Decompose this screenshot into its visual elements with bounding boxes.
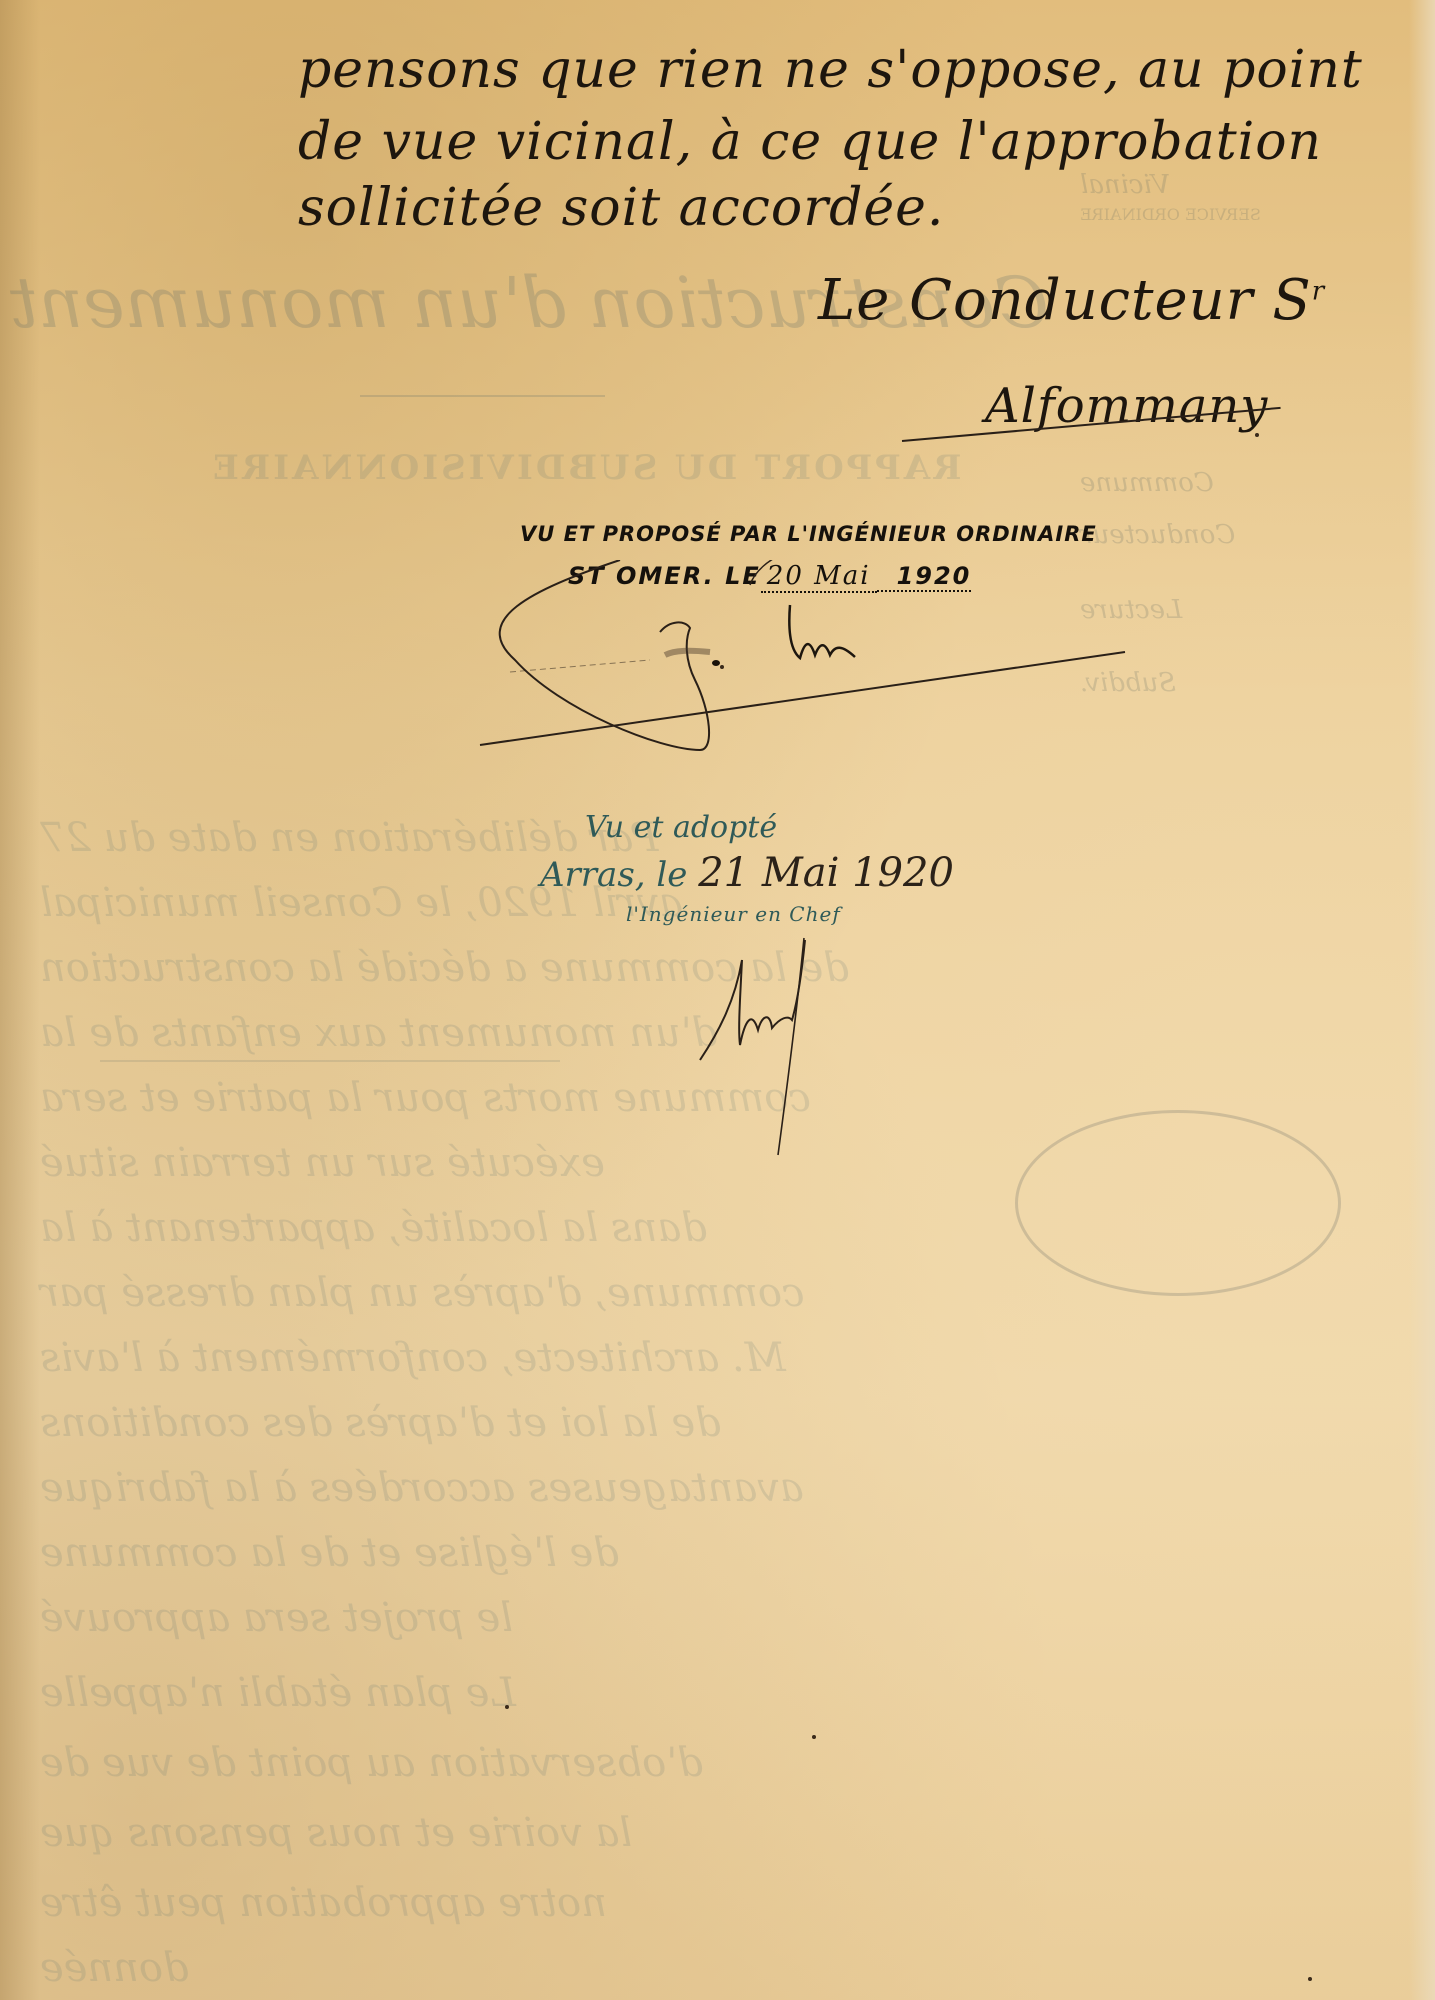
- body-text-line: sollicitée soit accordée.: [298, 178, 944, 238]
- bleed-through-line: notre approbation peut être: [40, 1880, 607, 1926]
- bleed-through-line: Le plan établi n'appelle: [40, 1670, 516, 1716]
- bleed-through-line: la voirie et nous pensons que: [40, 1810, 632, 1856]
- paper-speck: [1308, 1977, 1312, 1981]
- bleed-through-line: de l'église et de la commune: [40, 1530, 619, 1576]
- conductor-title-suffix: r: [1312, 276, 1325, 306]
- faint-oval-stamp: [1015, 1110, 1341, 1296]
- paper-speck: [505, 1705, 509, 1709]
- conductor-signature: Alfommany: [985, 378, 1268, 434]
- document-page: Construction d'un monument RAPPORT DU SU…: [0, 0, 1435, 2000]
- stamp-chef-place-date: Arras, le 21 Mai 1920: [540, 850, 954, 896]
- bleed-through-line: le projet sera approuvé: [40, 1595, 513, 1641]
- conductor-title: Le Conducteur Sr: [818, 268, 1325, 333]
- bleed-through-line: avantageuses accordées à la fabrique: [40, 1465, 804, 1511]
- bleed-through-line: de la loi et d'après des conditions: [40, 1400, 721, 1446]
- bleed-through-side-item: SERVICE ORDINAIRE: [1080, 205, 1261, 224]
- ingenieur-ordinaire-signature: [470, 560, 1150, 790]
- stamp-chef-heading: Vu et adopté: [585, 810, 777, 845]
- paper-speck: [812, 1735, 816, 1739]
- bleed-through-side-item: Commune: [1080, 468, 1214, 498]
- bleed-through-line: commune, d'après un plan dressé par: [40, 1270, 804, 1316]
- ingenieur-chef-signature: [680, 920, 840, 1160]
- bleed-through-line: d'un monument aux enfants de la: [40, 1010, 717, 1056]
- bleed-through-rule: [360, 395, 605, 397]
- conductor-title-text: Le Conducteur S: [818, 268, 1312, 333]
- page-edge-right: [1409, 0, 1435, 2000]
- stamp-chef-date: 21 Mai 1920: [698, 850, 954, 896]
- stamp-chef-place: Arras, le: [540, 855, 687, 895]
- body-text-line: pensons que rien ne s'oppose, au point: [298, 40, 1363, 100]
- paper-speck: [1255, 433, 1259, 437]
- bleed-through-line: M. architecte, conformément à l'avis: [40, 1335, 786, 1381]
- paper-speck: [720, 665, 724, 669]
- bleed-through-line: donnée: [40, 1945, 189, 1991]
- bleed-through-side-item: Vicinal: [1080, 170, 1170, 200]
- bleed-through-line: d'observation au point de vue de: [40, 1740, 703, 1786]
- stamp-ingenieur-ordinaire-heading: VU ET PROPOSÉ PAR L'INGÉNIEUR ORDINAIRE: [520, 522, 1097, 546]
- body-text-line: de vue vicinal, à ce que l'approbation: [298, 112, 1322, 172]
- bleed-through-side-item: Conducteur: [1080, 520, 1235, 550]
- bleed-through-line: exécuté sur un terrain situé: [40, 1140, 605, 1186]
- bleed-through-line: dans la localité, appartenant à la: [40, 1205, 707, 1251]
- bleed-through-rule: [100, 1060, 560, 1062]
- bleed-through-heading: RAPPORT DU SUBDIVISIONNAIRE: [210, 448, 961, 488]
